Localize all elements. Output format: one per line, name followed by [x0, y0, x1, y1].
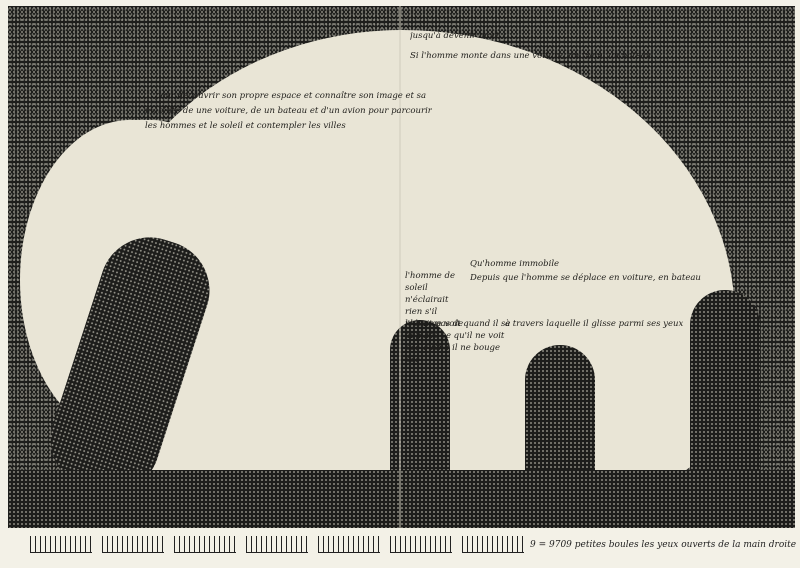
- text-line: mobilité de une voiture, de un bateau et…: [145, 105, 432, 117]
- text-line: l'homme voit quand il se déplace ce qu'i…: [405, 318, 515, 366]
- artwork: jusqu'à devenir mort / Si l'homme monte …: [0, 0, 800, 568]
- ground: [8, 470, 795, 528]
- paper-fold: [399, 6, 401, 528]
- caption: 9 = 9709 petites boules les yeux ouverts…: [30, 536, 800, 558]
- text-line: Si l'homme monte dans une voiture, un tr…: [410, 50, 651, 62]
- text-line: les hommes et le soleil et contempler le…: [145, 120, 346, 132]
- caption-text: 9 = 9709 petites boules les yeux ouverts…: [530, 540, 796, 550]
- text-line: à travers laquelle il glisse parmi ses y…: [505, 318, 683, 330]
- tally-marks: [30, 536, 524, 554]
- text-line: Qu'homme immobile: [470, 258, 559, 270]
- text-line: jusqu'à devenir mort /: [410, 30, 505, 42]
- text-line: pour découvrir son propre espace et conn…: [155, 90, 426, 102]
- text-line: Depuis que l'homme se déplace en voiture…: [470, 272, 701, 284]
